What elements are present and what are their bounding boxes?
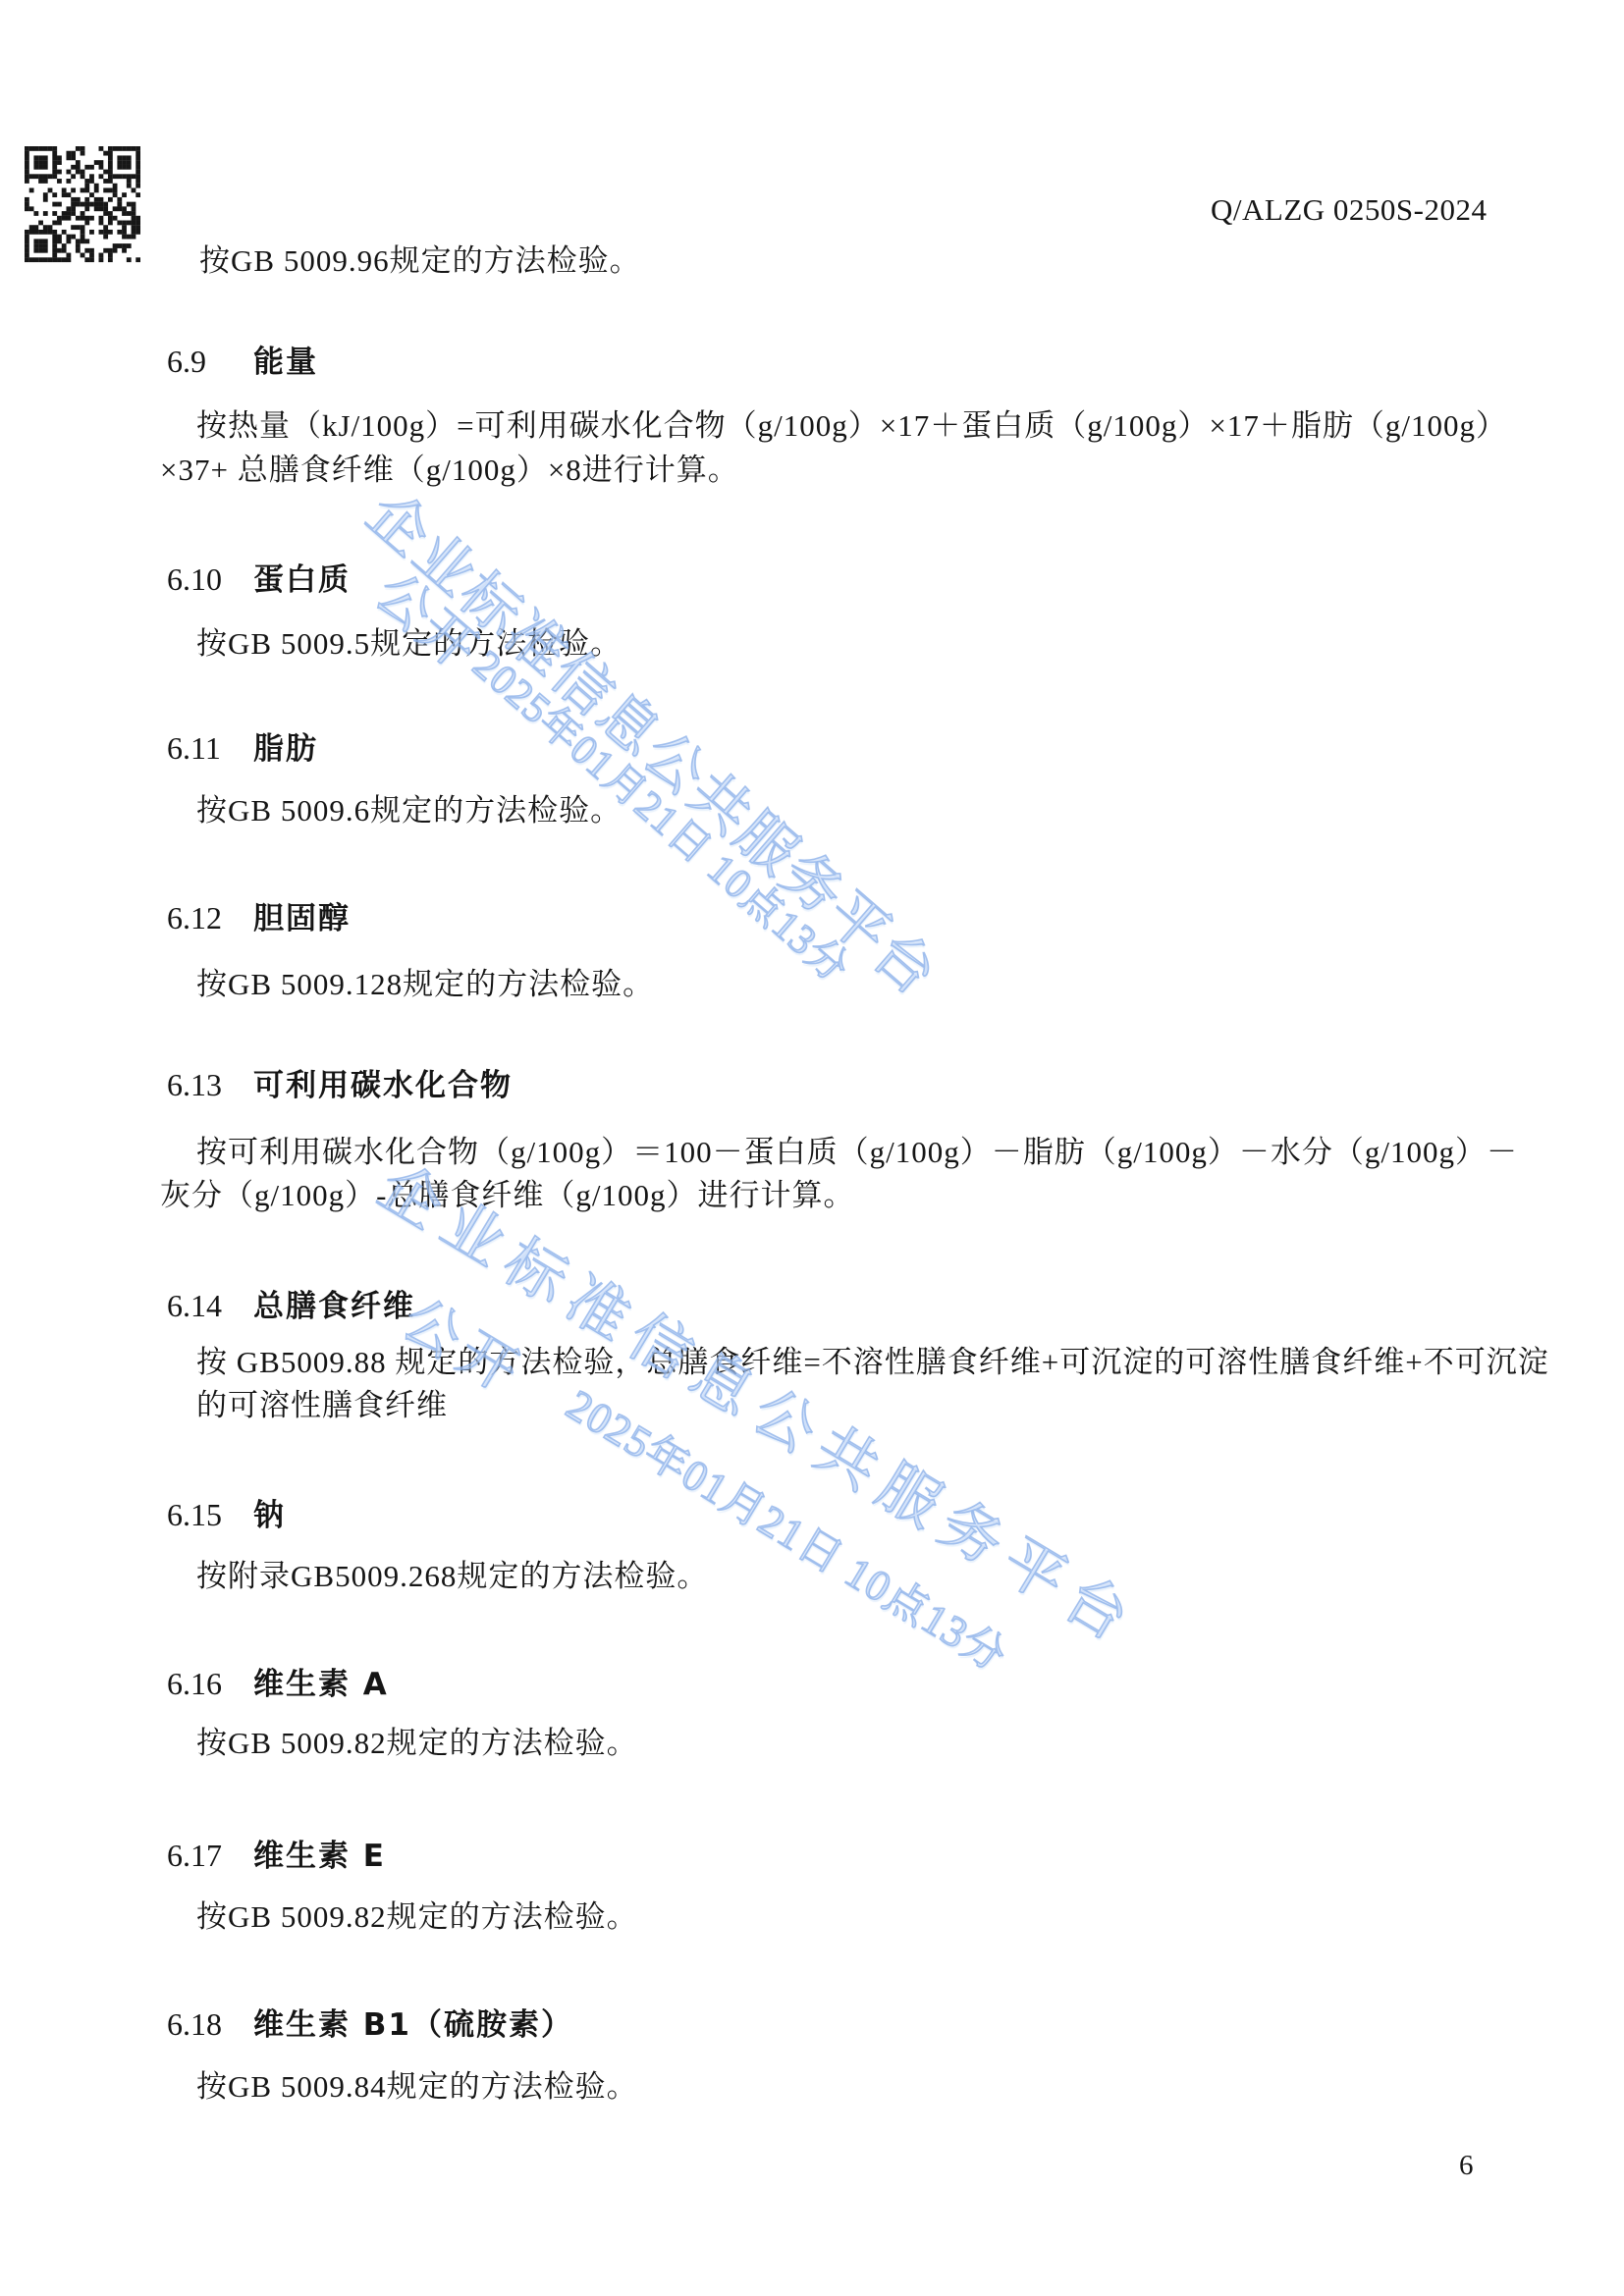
section-number: 6.13 <box>167 1067 253 1103</box>
section-title: 蛋白质 <box>253 562 351 598</box>
section-heading: 6.9能量 <box>167 337 318 381</box>
section-body-line: 按 GB5009.88 规定的方法检验，总膳食纤维=不溶性膳食纤维+可沉淀的可溶… <box>196 1337 1549 1381</box>
section-number: 6.11 <box>167 730 253 767</box>
watermark-platform-text-1: 企业标准信息公共服务平台 <box>352 469 959 1012</box>
section-title: 维生素 A <box>253 1667 389 1702</box>
section-number: 6.17 <box>167 1838 253 1874</box>
section-heading: 6.12胆固醇 <box>167 893 351 937</box>
section-body-line: 按GB 5009.82规定的方法检验。 <box>196 1718 638 1762</box>
section-number: 6.10 <box>167 561 253 598</box>
section-heading: 6.15钠 <box>167 1490 286 1534</box>
section-body-line: 按GB 5009.5规定的方法检验。 <box>196 618 622 663</box>
section-number: 6.15 <box>167 1497 253 1533</box>
section-title: 维生素 E <box>253 1839 386 1874</box>
section-body-line: 的可溶性膳食纤维 <box>196 1380 448 1424</box>
qr-code <box>25 142 140 266</box>
section-title: 胆固醇 <box>253 901 351 936</box>
section-title: 钠 <box>253 1498 286 1533</box>
section-body-line: 按GB 5009.84规定的方法检验。 <box>196 2061 638 2106</box>
section-number: 6.14 <box>167 1288 253 1324</box>
section-title: 可利用碳水化合物 <box>253 1068 513 1103</box>
section-body-line: 灰分（g/100g）-总膳食纤维（g/100g）进行计算。 <box>160 1170 855 1214</box>
section-number: 6.9 <box>167 344 253 380</box>
carryover-body-line: 按GB 5009.96规定的方法检验。 <box>199 236 641 280</box>
section-heading: 6.18维生素 B1（硫胺素） <box>167 2000 573 2044</box>
standard-code: Q/ALZG 0250S-2024 <box>1211 192 1487 228</box>
section-body-line: 按GB 5009.128规定的方法检验。 <box>196 959 654 1003</box>
section-heading: 6.17维生素 E <box>167 1831 386 1875</box>
section-heading: 6.14总膳食纤维 <box>167 1281 415 1325</box>
section-body-line: 按可利用碳水化合物（g/100g）＝100－蛋白质（g/100g）－脂肪（g/1… <box>196 1127 1518 1171</box>
section-number: 6.12 <box>167 900 253 936</box>
document-page: Q/ALZG 0250S-2024 按GB 5009.96规定的方法检验。 6.… <box>0 0 1624 2296</box>
section-title: 脂肪 <box>253 731 318 767</box>
section-title: 能量 <box>253 345 318 380</box>
section-number: 6.16 <box>167 1666 253 1702</box>
section-title: 总膳食纤维 <box>253 1289 415 1324</box>
page-number: 6 <box>1459 2150 1474 2182</box>
section-body-line: 按GB 5009.6规定的方法检验。 <box>196 785 622 829</box>
section-body-line: 按GB 5009.82规定的方法检验。 <box>196 1892 638 1936</box>
section-heading: 6.10蛋白质 <box>167 555 351 599</box>
section-title: 维生素 B1（硫胺素） <box>253 2007 573 2043</box>
section-number: 6.18 <box>167 2006 253 2043</box>
section-body-line: ×37+ 总膳食纤维（g/100g）×8进行计算。 <box>160 445 739 489</box>
section-heading: 6.16维生素 A <box>167 1659 389 1703</box>
section-body-line: 按热量（kJ/100g）=可利用碳水化合物（g/100g）×17＋蛋白质（g/1… <box>196 400 1507 445</box>
section-heading: 6.13可利用碳水化合物 <box>167 1060 513 1104</box>
watermark-datetime-text-2: 2025年01月21日 10点13分 <box>557 1370 1021 1683</box>
section-body-line: 按附录GB5009.268规定的方法检验。 <box>196 1551 708 1595</box>
section-heading: 6.11脂肪 <box>167 723 318 768</box>
